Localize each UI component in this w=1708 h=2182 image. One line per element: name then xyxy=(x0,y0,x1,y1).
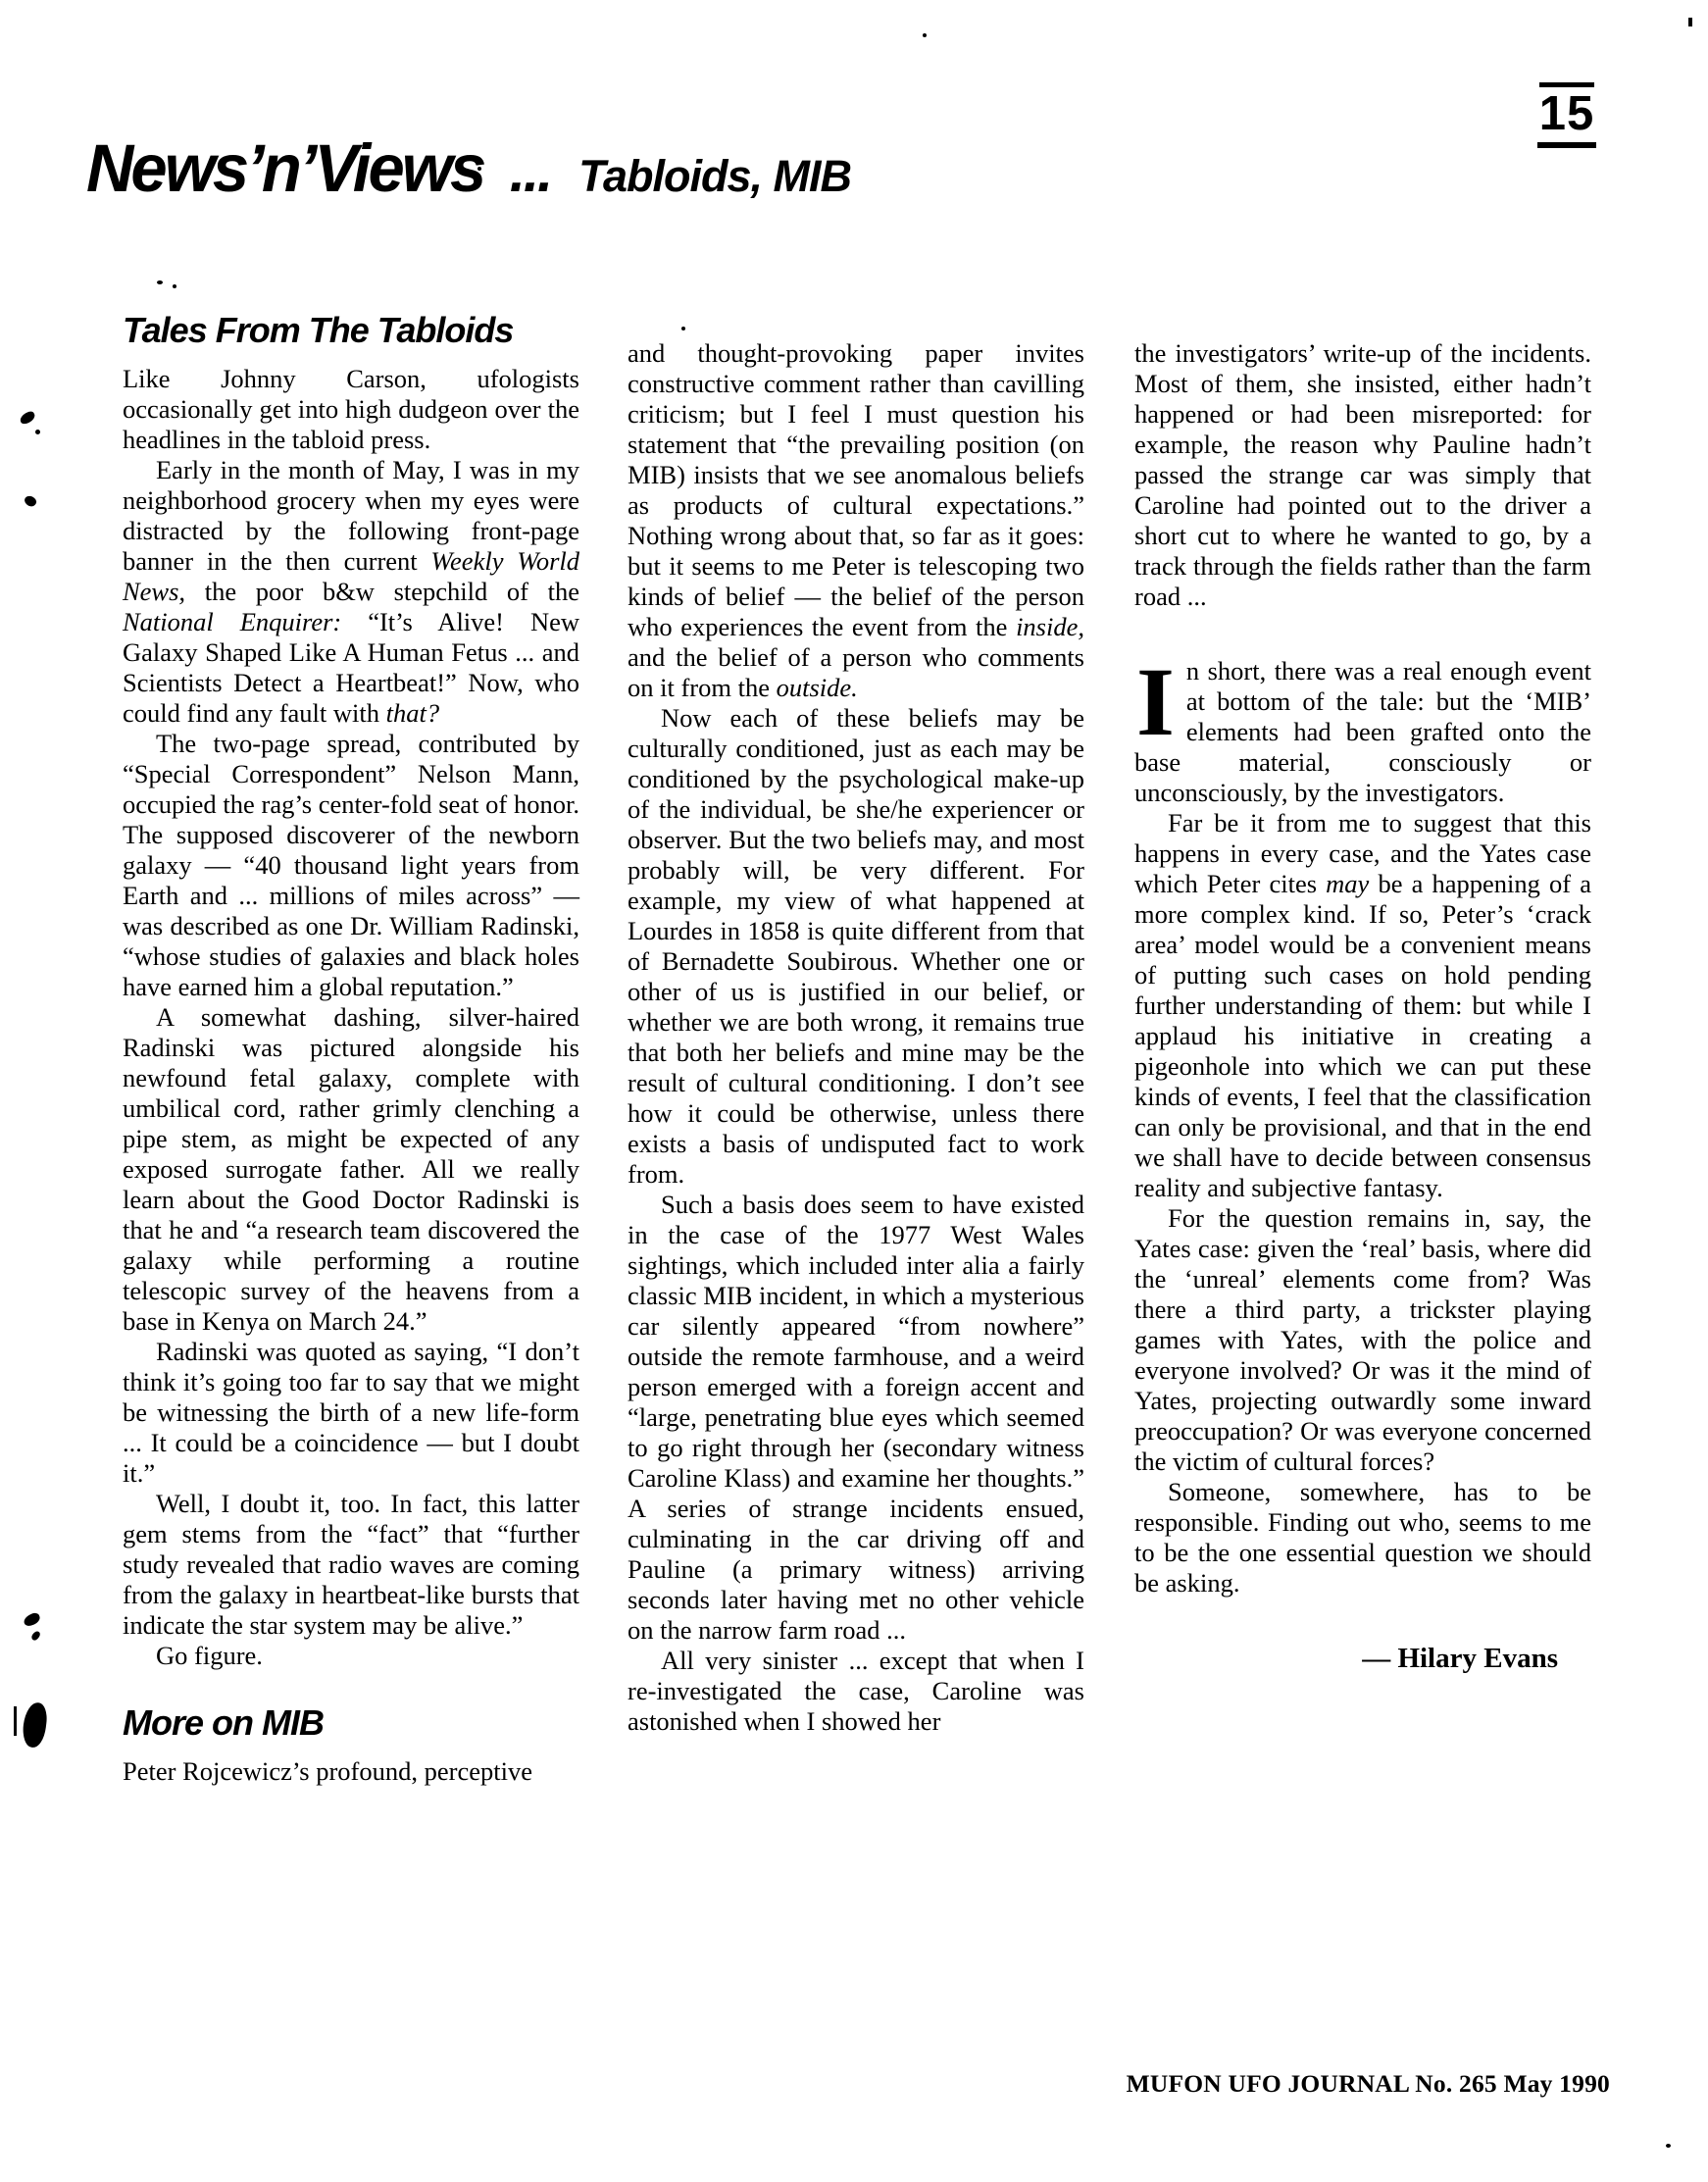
body-paragraph: Peter Rojcewicz’s profound, perceptive xyxy=(123,1756,579,1787)
ink-artifact xyxy=(23,1611,42,1628)
page-number: 15 xyxy=(1535,87,1598,140)
ink-artifact xyxy=(1666,2144,1671,2148)
body-paragraph: Early in the month of May, I was in my n… xyxy=(123,455,579,729)
ink-artifact xyxy=(173,284,176,288)
ink-artifact xyxy=(157,280,163,284)
body-paragraph: For the question remains in, say, the Ya… xyxy=(1134,1203,1591,1477)
body-paragraph: the investigators’ write-up of the incid… xyxy=(1134,338,1591,612)
ink-artifact xyxy=(923,33,927,37)
body-paragraph: The two-page spread, contributed by “Spe… xyxy=(123,729,579,1002)
dropcap-letter: I xyxy=(1134,656,1186,740)
masthead-ellipsis: ... xyxy=(510,139,551,205)
masthead: News’n’Views ... Tabloids, MIB xyxy=(86,129,851,207)
journal-page: 15 News’n’Views ... Tabloids, MIB Tales … xyxy=(0,0,1708,2182)
ink-artifact xyxy=(21,1701,48,1749)
body-paragraph: All very sinister ... except that when I… xyxy=(628,1646,1084,1737)
text-column-3: the investigators’ write-up of the incid… xyxy=(1134,338,1591,1674)
section-heading-tales-from-the-tabloids: Tales From The Tabloids xyxy=(123,312,579,349)
text-column-2: and thought-provoking paper invites cons… xyxy=(628,338,1084,1737)
page-number-rule-bottom xyxy=(1537,142,1596,148)
body-paragraph: Someone, somewhere, has to be responsibl… xyxy=(1134,1477,1591,1598)
body-paragraph: A somewhat dashing, silver-haired Radins… xyxy=(123,1002,579,1337)
ink-artifact xyxy=(19,410,37,426)
ink-artifact xyxy=(14,1706,17,1736)
body-paragraph: Radinski was quoted as saying, “I don’t … xyxy=(123,1337,579,1489)
ink-artifact xyxy=(23,493,38,508)
body-paragraph: Like Johnny Carson, ufologists occasiona… xyxy=(123,364,579,455)
author-byline: — Hilary Evans xyxy=(1134,1644,1591,1674)
body-paragraph: Go figure. xyxy=(123,1641,579,1671)
masthead-subtitle: Tabloids, MIB xyxy=(578,151,851,202)
ink-artifact xyxy=(1688,18,1692,26)
ink-artifact xyxy=(477,167,481,171)
ink-artifact xyxy=(30,1630,41,1642)
body-paragraph: and thought-provoking paper invites cons… xyxy=(628,338,1084,703)
body-paragraph: Far be it from me to suggest that this h… xyxy=(1134,808,1591,1203)
body-paragraph: Well, I doubt it, too. In fact, this lat… xyxy=(123,1489,579,1641)
body-paragraph: Now each of these beliefs may be cultura… xyxy=(628,703,1084,1190)
text-column-1: Tales From The TabloidsLike Johnny Carso… xyxy=(123,312,579,1787)
ink-artifact xyxy=(35,430,40,434)
body-paragraph: In short, there was a real enough event … xyxy=(1134,656,1591,808)
body-paragraph: Such a basis does seem to have existed i… xyxy=(628,1190,1084,1646)
masthead-title: News’n’Views xyxy=(86,129,483,207)
page-number-block: 15 xyxy=(1535,82,1598,148)
section-heading-more-on-mib: More on MIB xyxy=(123,1704,579,1742)
ink-artifact xyxy=(681,327,685,330)
journal-footer: MUFON UFO JOURNAL No. 265 May 1990 xyxy=(1127,2069,1610,2099)
